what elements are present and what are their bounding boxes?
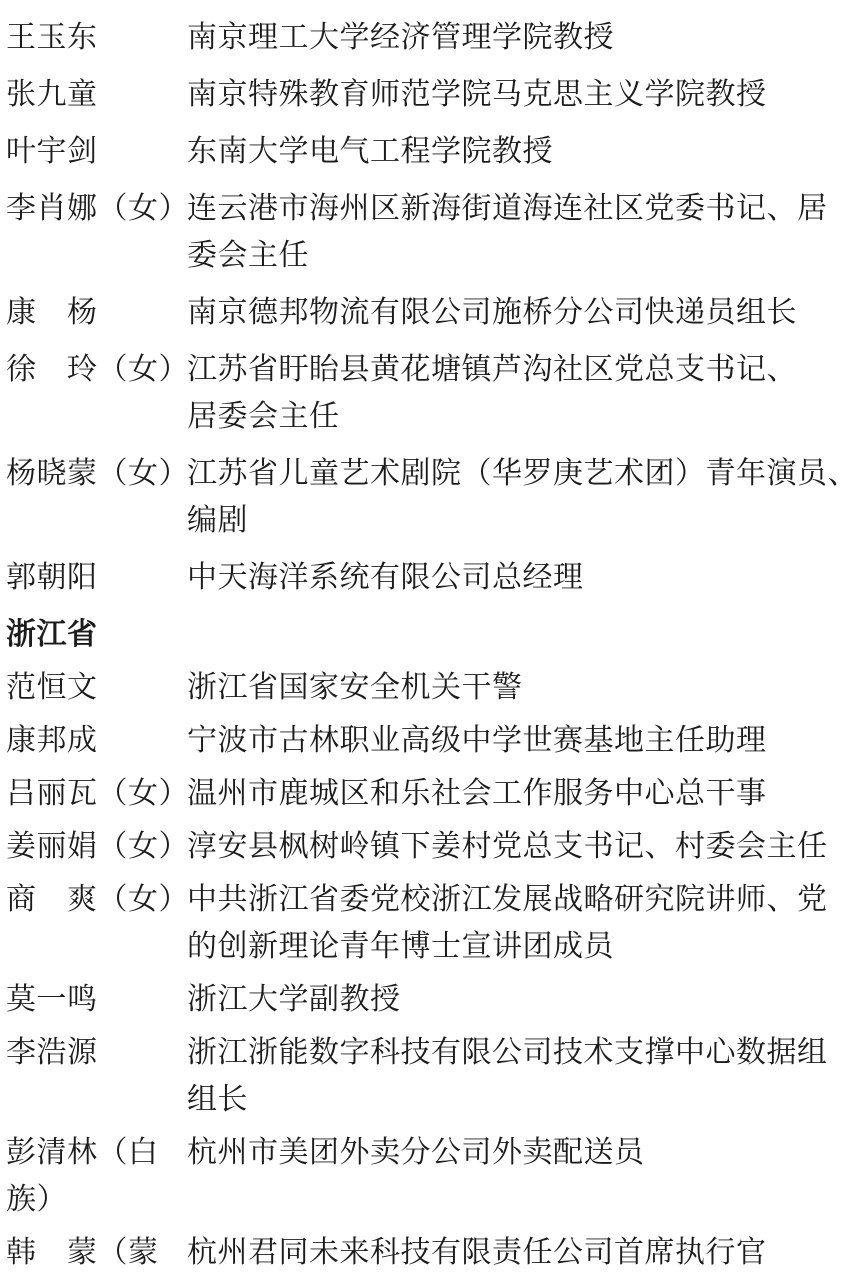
list-entry: 徐 玲（女） 江苏省盱眙县黄花塘镇芦沟社区党总支书记、 居委会主任 — [6, 346, 847, 440]
list-entry: 彭清林（白 族） 杭州市美团外卖分公司外卖配送员 — [6, 1129, 847, 1223]
entry-name: 张九童 — [6, 71, 187, 118]
list-entry: 莫一鸣 浙江大学副教授 — [6, 976, 847, 1023]
list-entry: 李浩源 浙江浙能数字科技有限公司技术支撑中心数据组 组长 — [6, 1029, 847, 1123]
entry-desc: 南京德邦物流有限公司施桥分公司快递员组长 — [187, 289, 847, 336]
list-entry: 姜丽娟（女） 淳安县枫树岭镇下姜村党总支书记、村委会主任 — [6, 823, 847, 870]
list-entry: 吕丽瓦（女） 温州市鹿城区和乐社会工作服务中心总干事 — [6, 770, 847, 817]
list-entry: 康邦成 宁波市古林职业高级中学世赛基地主任助理 — [6, 717, 847, 764]
entry-desc: 东南大学电气工程学院教授 — [187, 128, 847, 175]
entry-name: 李肖娜（女） — [6, 185, 187, 232]
entry-desc: 杭州君同未来科技有限责任公司首席执行官 — [187, 1229, 847, 1276]
entry-desc: 南京特殊教育师范学院马克思主义学院教授 — [187, 71, 847, 118]
entry-desc: 浙江浙能数字科技有限公司技术支撑中心数据组 组长 — [187, 1029, 847, 1123]
list-entry: 范恒文 浙江省国家安全机关干警 — [6, 664, 847, 711]
list-entry: 韩 蒙（蒙 杭州君同未来科技有限责任公司首席执行官 — [6, 1229, 847, 1276]
entry-name: 韩 蒙（蒙 — [6, 1229, 187, 1276]
entry-name: 杨晓蒙（女） — [6, 450, 187, 497]
entry-desc: 中共浙江省委党校浙江发展战略研究院讲师、党 的创新理论青年博士宣讲团成员 — [187, 876, 847, 970]
list-entry: 叶宇剑 东南大学电气工程学院教授 — [6, 128, 847, 175]
entry-desc: 杭州市美团外卖分公司外卖配送员 — [187, 1129, 847, 1176]
entry-name: 王玉东 — [6, 14, 187, 61]
entry-desc: 江苏省儿童艺术剧院（华罗庚艺术团）青年演员、 编剧 — [187, 450, 858, 544]
document-page: 王玉东 南京理工大学经济管理学院教授 张九童 南京特殊教育师范学院马克思主义学院… — [0, 0, 862, 1280]
entry-desc: 南京理工大学经济管理学院教授 — [187, 14, 847, 61]
entry-name: 商 爽（女） — [6, 876, 187, 923]
section-header-zhejiang: 浙江省 — [6, 611, 847, 658]
list-entry: 张九童 南京特殊教育师范学院马克思主义学院教授 — [6, 71, 847, 118]
entry-desc: 江苏省盱眙县黄花塘镇芦沟社区党总支书记、 居委会主任 — [187, 346, 847, 440]
list-entry: 商 爽（女） 中共浙江省委党校浙江发展战略研究院讲师、党 的创新理论青年博士宣讲… — [6, 876, 847, 970]
entry-name: 徐 玲（女） — [6, 346, 187, 393]
list-entry: 李肖娜（女） 连云港市海州区新海街道海连社区党委书记、居 委会主任 — [6, 185, 847, 279]
entry-desc: 浙江大学副教授 — [187, 976, 847, 1023]
list-entry: 郭朝阳 中天海洋系统有限公司总经理 — [6, 554, 847, 601]
entry-name: 吕丽瓦（女） — [6, 770, 187, 817]
entry-desc: 连云港市海州区新海街道海连社区党委书记、居 委会主任 — [187, 185, 847, 279]
entry-name: 范恒文 — [6, 664, 187, 711]
entry-desc: 淳安县枫树岭镇下姜村党总支书记、村委会主任 — [187, 823, 847, 870]
entry-desc: 温州市鹿城区和乐社会工作服务中心总干事 — [187, 770, 847, 817]
entry-name: 康邦成 — [6, 717, 187, 764]
entry-name: 郭朝阳 — [6, 554, 187, 601]
entry-name: 姜丽娟（女） — [6, 823, 187, 870]
entry-name: 李浩源 — [6, 1029, 187, 1076]
list-entry: 杨晓蒙（女） 江苏省儿童艺术剧院（华罗庚艺术团）青年演员、 编剧 — [6, 450, 847, 544]
entry-name: 莫一鸣 — [6, 976, 187, 1023]
entry-desc: 中天海洋系统有限公司总经理 — [187, 554, 847, 601]
entry-name: 康 杨 — [6, 289, 187, 336]
entry-desc: 宁波市古林职业高级中学世赛基地主任助理 — [187, 717, 847, 764]
entry-name: 彭清林（白 族） — [6, 1129, 187, 1223]
list-entry: 王玉东 南京理工大学经济管理学院教授 — [6, 14, 847, 61]
list-entry: 康 杨 南京德邦物流有限公司施桥分公司快递员组长 — [6, 289, 847, 336]
entry-desc: 浙江省国家安全机关干警 — [187, 664, 847, 711]
entry-name: 叶宇剑 — [6, 128, 187, 175]
